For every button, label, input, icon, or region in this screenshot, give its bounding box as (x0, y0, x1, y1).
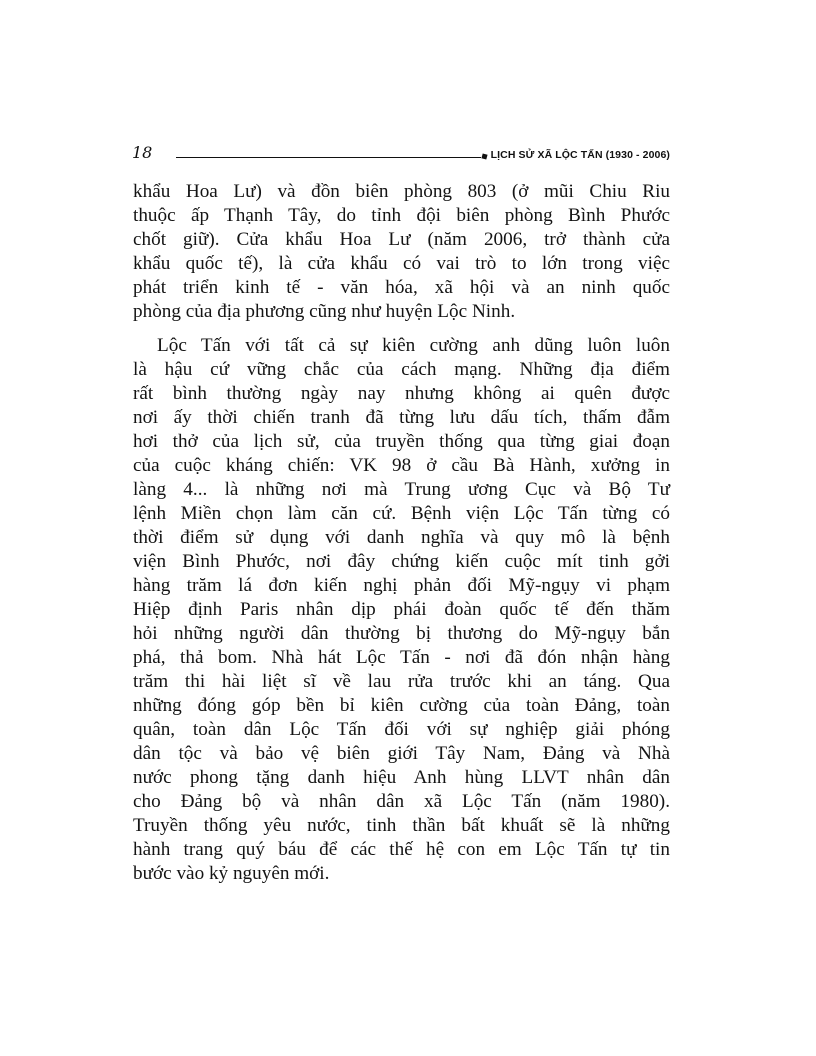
running-title: LỊCH SỬ XÃ LỘC TẤN (1930 - 2006) (491, 148, 670, 162)
paragraph-1: khẩu Hoa Lư) và đồn biên phòng 803 (ở mũ… (133, 180, 670, 324)
text-line: quân, toàn dân Lộc Tấn đối với sự nghiệp… (133, 718, 670, 742)
paragraph-2: Lộc Tấn với tất cả sự kiên cường anh dũn… (133, 334, 670, 886)
running-header: 18 LỊCH SỬ XÃ LỘC TẤN (1930 - 2006) (132, 140, 670, 162)
text-line: phát triển kinh tế - văn hóa, xã hội và … (133, 276, 670, 300)
text-line: viện Bình Phước, nơi đây chứng kiến cuộc… (133, 550, 670, 574)
text-line: hành trang quý báu để các thế hệ con em … (133, 838, 670, 862)
text-line: bước vào kỷ nguyên mới. (133, 862, 670, 886)
text-line: Truyền thống yêu nước, tinh thần bất khu… (133, 814, 670, 838)
text-line: của cuộc kháng chiến: VK 98 ở cầu Bà Hàn… (133, 454, 670, 478)
text-line: dân tộc và bảo vệ biên giới Tây Nam, Đản… (133, 742, 670, 766)
text-line: cho Đảng bộ và nhân dân xã Lộc Tấn (năm … (133, 790, 670, 814)
text-line: nơi ấy thời chiến tranh đã từng lưu dấu … (133, 406, 670, 430)
text-line: rất bình thường ngày nay nhưng không ai … (133, 382, 670, 406)
text-line: trăm thi hài liệt sĩ về lau rửa trước kh… (133, 670, 670, 694)
text-line: phá, thả bom. Nhà hát Lộc Tấn - nơi đã đ… (133, 646, 670, 670)
text-line: khẩu Hoa Lư) và đồn biên phòng 803 (ở mũ… (133, 180, 670, 204)
text-line: hàng trăm lá đơn kiến nghị phản đối Mỹ-n… (133, 574, 670, 598)
book-page: 18 LỊCH SỬ XÃ LỘC TẤN (1930 - 2006) khẩu… (0, 0, 816, 1056)
text-line: khẩu quốc tế), là cửa khẩu có vai trò to… (133, 252, 670, 276)
text-line: nước phong tặng danh hiệu Anh hùng LLVT … (133, 766, 670, 790)
text-line: lệnh Miền chọn làm căn cứ. Bệnh viện Lộc… (133, 502, 670, 526)
header-rule (176, 157, 481, 158)
text-line: Hiệp định Paris nhân dịp phái đoàn quốc … (133, 598, 670, 622)
text-line: những đóng góp bền bỉ kiên cường của toà… (133, 694, 670, 718)
text-line: thời điểm sử dụng với danh nghĩa và quy … (133, 526, 670, 550)
page-number: 18 (132, 144, 164, 162)
text-line: hơi thở của lịch sử, của truyền thống qu… (133, 430, 670, 454)
header-bullet-icon (481, 153, 487, 159)
text-line: chốt giữ). Cửa khẩu Hoa Lư (năm 2006, tr… (133, 228, 670, 252)
text-line: Lộc Tấn với tất cả sự kiên cường anh dũn… (133, 334, 670, 358)
text-line: làng 4... là những nơi mà Trung ương Cục… (133, 478, 670, 502)
text-line: thuộc ấp Thạnh Tây, do tỉnh đội biên phò… (133, 204, 670, 228)
text-line: hỏi những người dân thường bị thương do … (133, 622, 670, 646)
text-line: phòng của địa phương cũng như huyện Lộc … (133, 300, 670, 324)
text-line: là hậu cứ vững chắc của cách mạng. Những… (133, 358, 670, 382)
body-text: khẩu Hoa Lư) và đồn biên phòng 803 (ở mũ… (133, 180, 670, 886)
